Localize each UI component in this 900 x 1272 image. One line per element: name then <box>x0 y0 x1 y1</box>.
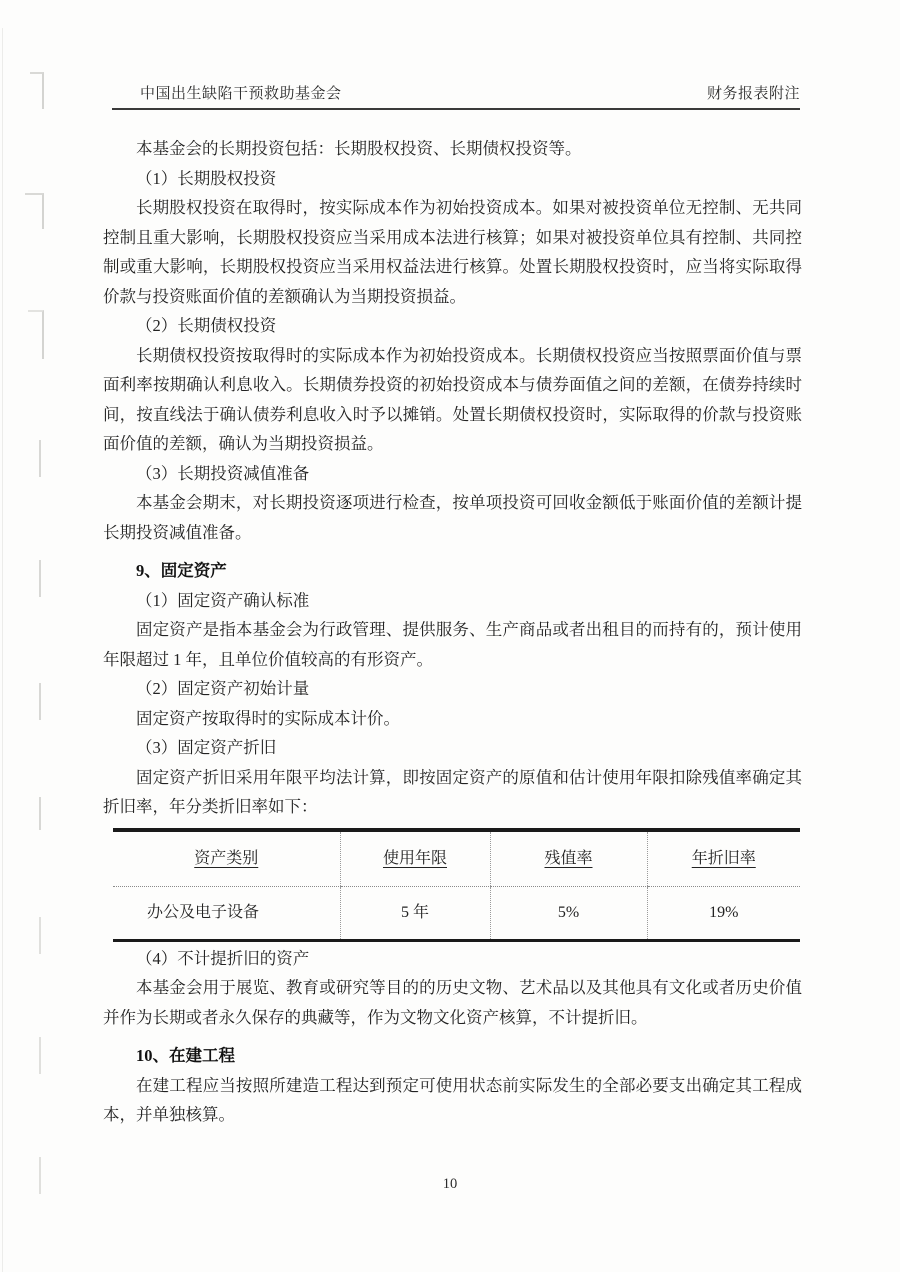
scan-artifact <box>30 72 44 109</box>
header-cell-useful-life: 使用年限 <box>340 830 490 887</box>
page-header: 中国出生缺陷干预救助基金会 财务报表附注 <box>112 82 800 110</box>
paragraph: 固定资产是指本基金会为行政管理、提供服务、生产商品或者出租目的而持有的，预计使用… <box>103 615 802 674</box>
scanned-document-page: 中国出生缺陷干预救助基金会 财务报表附注 本基金会的长期投资包括：长期股权投资、… <box>0 0 900 1272</box>
sub-heading: （1）固定资产确认标准 <box>103 586 802 616</box>
section-heading: 10、在建工程 <box>103 1041 802 1071</box>
paragraph: 固定资产按取得时的实际成本计价。 <box>103 704 802 734</box>
header-cell-annual-rate: 年折旧率 <box>647 830 800 887</box>
scan-artifact <box>39 797 41 830</box>
paragraph: 长期股权投资在取得时，按实际成本作为初始投资成本。如果对被投资单位无控制、无共同… <box>103 193 802 311</box>
table-header-row: 资产类别 使用年限 残值率 年折旧率 <box>113 830 800 887</box>
sub-heading: （3）固定资产折旧 <box>103 733 802 763</box>
scan-artifact <box>25 193 44 229</box>
page-number: 10 <box>443 1176 458 1192</box>
scan-artifact <box>39 560 41 597</box>
sub-heading: （1）长期股权投资 <box>103 164 802 194</box>
sub-heading: （2）长期债权投资 <box>103 311 802 341</box>
paragraph: 本基金会期末，对长期投资逐项进行检查，按单项投资可回收金额低于账面价值的差额计提… <box>103 488 802 547</box>
document-body: 本基金会的长期投资包括：长期股权投资、长期债权投资等。 （1）长期股权投资 长期… <box>103 134 802 1130</box>
header-cell-asset-class: 资产类别 <box>113 830 340 887</box>
sub-heading: （2）固定资产初始计量 <box>103 674 802 704</box>
table-row: 办公及电子设备 5 年 5% 19% <box>113 886 800 940</box>
paragraph: 长期债权投资按取得时的实际成本作为初始投资成本。长期债权投资应当按照票面价值与票… <box>103 341 802 459</box>
cell-residual-rate: 5% <box>490 886 647 940</box>
cell-useful-life: 5 年 <box>340 886 490 940</box>
depreciation-table: 资产类别 使用年限 残值率 年折旧率 办公及电子设备 5 年 5% 19% <box>113 828 800 942</box>
paragraph: 固定资产折旧采用年限平均法计算，即按固定资产的原值和估计使用年限扣除残值率确定其… <box>103 763 802 822</box>
sub-heading: （3）长期投资减值准备 <box>103 459 802 489</box>
header-doc-title: 财务报表附注 <box>707 82 800 103</box>
cell-asset-class: 办公及电子设备 <box>113 886 340 940</box>
paragraph: 本基金会的长期投资包括：长期股权投资、长期债权投资等。 <box>103 134 802 164</box>
header-org-name: 中国出生缺陷干预救助基金会 <box>140 82 342 103</box>
scan-artifact <box>28 310 44 359</box>
sub-heading: （4）不计提折旧的资产 <box>103 944 802 974</box>
paragraph: 本基金会用于展览、教育或研究等目的的历史文物、艺术品以及其他具有文化或者历史价值… <box>103 973 802 1032</box>
scan-artifact <box>39 1037 41 1074</box>
scan-artifact <box>39 683 41 720</box>
page-footer: 10 <box>0 1176 900 1193</box>
header-cell-residual-rate: 残值率 <box>490 830 647 887</box>
cell-annual-rate: 19% <box>647 886 800 940</box>
scan-edge-line <box>2 28 3 1272</box>
scan-artifact <box>39 917 41 954</box>
scan-artifact <box>39 440 41 477</box>
paragraph: 在建工程应当按照所建造工程达到预定可使用状态前实际发生的全部必要支出确定其工程成… <box>103 1071 802 1130</box>
section-heading: 9、固定资产 <box>103 556 802 586</box>
